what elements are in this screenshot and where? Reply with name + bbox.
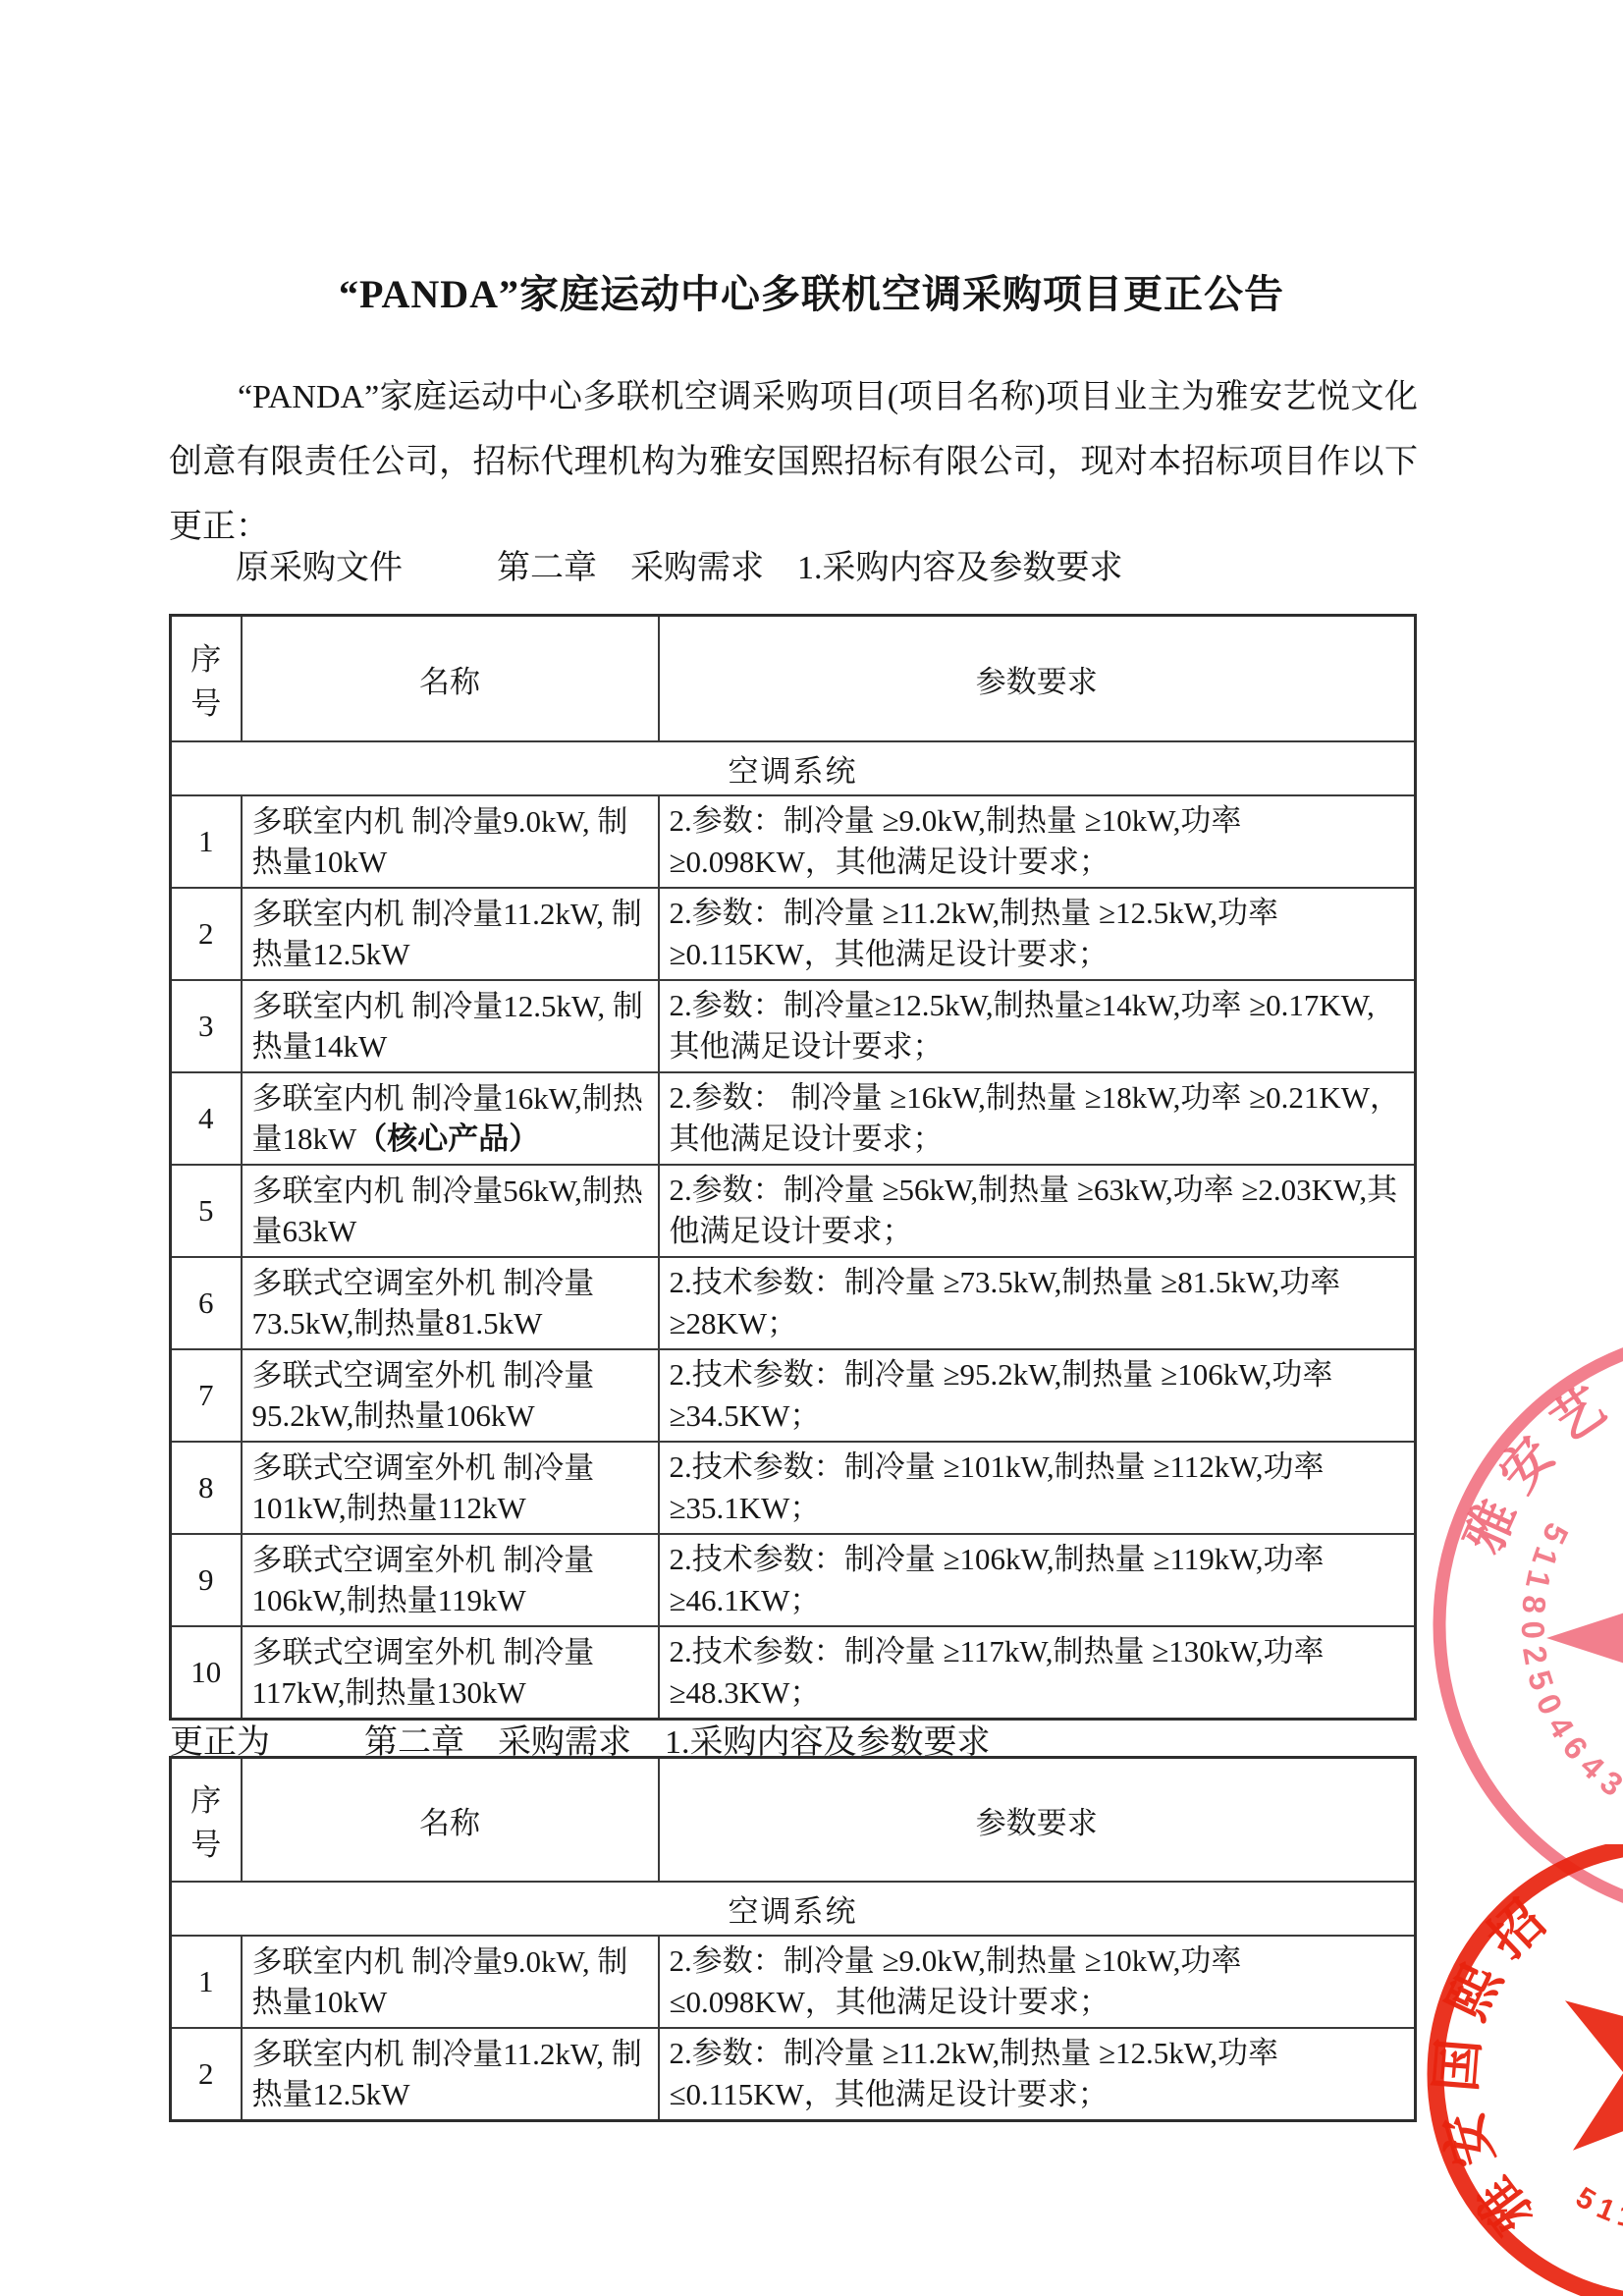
- caption-part: 第二章: [497, 550, 597, 586]
- intro-paragraph: “PANDA”家庭运动中心多联机空调采购项目(项目名称)项目业主为雅安艺悦文化创…: [169, 365, 1418, 560]
- seal-ring: [1439, 1334, 1623, 1917]
- section-label: 空调系统: [171, 1882, 1416, 1936]
- corrected-requirements-table: 序号 名称 参数要求 空调系统 1多联室内机 制冷量9.0kW, 制热量10kW…: [169, 1756, 1417, 2122]
- page-title: “PANDA”家庭运动中心多联机空调采购项目更正公告: [0, 263, 1623, 319]
- table-row: 10多联式空调室外机 制冷量117kW,制热量130kW2.技术参数：制冷量 ≥…: [171, 1626, 1416, 1720]
- col-header-params: 参数要求: [659, 616, 1416, 742]
- table-row: 2多联室内机 制冷量11.2kW, 制热量12.5kW2.参数：制冷量 ≥11.…: [171, 2028, 1416, 2121]
- caption-part: 1.采购内容及参数要求: [797, 550, 1123, 586]
- row-number: 4: [171, 1072, 242, 1165]
- agency-company-seal: 雅安国熙招 51182: [1394, 1844, 1623, 2296]
- item-name: 多联室内机 制冷量16kW,制热量18kW（核心产品）: [242, 1072, 659, 1165]
- item-params: 2.参数：制冷量 ≥9.0kW,制热量 ≥10kW,功率 ≥0.098KW，其他…: [659, 795, 1416, 888]
- item-name: 多联室内机 制冷量9.0kW, 制热量10kW: [242, 1936, 659, 2028]
- row-number: 2: [171, 888, 242, 980]
- seal-arc-text: 雅安国熙招: [1427, 1880, 1567, 2244]
- col-header-no: 序号: [171, 616, 242, 742]
- item-name: 多联室内机 制冷量9.0kW, 制热量10kW: [242, 795, 659, 888]
- item-params: 2.参数： 制冷量 ≥16kW,制热量 ≥18kW,功率 ≥0.21KW，其他满…: [659, 1072, 1416, 1165]
- col-header-name: 名称: [242, 1758, 659, 1883]
- seal-code-text: 5118025046437: [1515, 1517, 1623, 1822]
- item-name: 多联式空调室外机 制冷量95.2kW,制热量106kW: [242, 1349, 659, 1442]
- col-header-no: 序号: [171, 1758, 242, 1883]
- caption-part: 采购需求: [630, 550, 764, 586]
- item-name: 多联室内机 制冷量11.2kW, 制热量12.5kW: [242, 2028, 659, 2121]
- seal-ring: [1435, 1845, 1623, 2296]
- section-label: 空调系统: [171, 741, 1416, 795]
- table-row: 7多联式空调室外机 制冷量95.2kW,制热量106kW2.技术参数：制冷量 ≥…: [171, 1349, 1416, 1442]
- header-row: 序号 名称 参数要求: [171, 616, 1416, 742]
- row-number: 1: [171, 1936, 242, 2028]
- item-name: 多联式空调室外机 制冷量101kW,制热量112kW: [242, 1442, 659, 1534]
- item-name: 多联室内机 制冷量11.2kW, 制热量12.5kW: [242, 888, 659, 980]
- item-params: 2.参数：制冷量 ≥11.2kW,制热量 ≥12.5kW,功率 ≤0.115KW…: [659, 2028, 1416, 2121]
- row-number: 8: [171, 1442, 242, 1534]
- seal-arc-text: 雅安艺: [1455, 1369, 1623, 1561]
- table-row: 5多联室内机 制冷量56kW,制热量63kW2.参数：制冷量 ≥56kW,制热量…: [171, 1165, 1416, 1257]
- item-params: 2.参数：制冷量 ≥11.2kW,制热量 ≥12.5kW,功率 ≥0.115KW…: [659, 888, 1416, 980]
- row-number: 7: [171, 1349, 242, 1442]
- row-number: 3: [171, 980, 242, 1072]
- row-number: 1: [171, 795, 242, 888]
- table-row: 3多联室内机 制冷量12.5kW, 制热量14kW2.参数：制冷量≥12.5kW…: [171, 980, 1416, 1072]
- item-name: 多联式空调室外机 制冷量117kW,制热量130kW: [242, 1626, 659, 1720]
- caption-part: 原采购文件: [236, 550, 403, 586]
- core-product-label: （核心产品）: [356, 1121, 539, 1156]
- original-requirements-table: 序号 名称 参数要求 空调系统 1多联室内机 制冷量9.0kW, 制热量10kW…: [169, 614, 1417, 1721]
- section-row: 空调系统: [171, 741, 1416, 795]
- item-params: 2.技术参数：制冷量 ≥101kW,制热量 ≥112kW,功率 ≥35.1KW；: [659, 1442, 1416, 1534]
- item-name: 多联室内机 制冷量12.5kW, 制热量14kW: [242, 980, 659, 1072]
- table-row: 1多联室内机 制冷量9.0kW, 制热量10kW2.参数：制冷量 ≥9.0kW,…: [171, 795, 1416, 888]
- col-header-params: 参数要求: [659, 1758, 1416, 1883]
- item-params: 2.参数：制冷量 ≥56kW,制热量 ≥63kW,功率 ≥2.03KW,其他满足…: [659, 1165, 1416, 1257]
- row-number: 2: [171, 2028, 242, 2121]
- table-row: 4多联室内机 制冷量16kW,制热量18kW（核心产品）2.参数： 制冷量 ≥1…: [171, 1072, 1416, 1165]
- table-row: 1多联室内机 制冷量9.0kW, 制热量10kW2.参数：制冷量 ≥9.0kW,…: [171, 1936, 1416, 2028]
- row-number: 5: [171, 1165, 242, 1257]
- table-row: 6多联式空调室外机 制冷量73.5kW,制热量81.5kW2.技术参数：制冷量 …: [171, 1257, 1416, 1349]
- row-number: 6: [171, 1257, 242, 1349]
- seal-star-icon: [1528, 1915, 1623, 2201]
- item-params: 2.技术参数：制冷量 ≥106kW,制热量 ≥119kW,功率 ≥46.1KW；: [659, 1534, 1416, 1626]
- row-number: 9: [171, 1534, 242, 1626]
- table-row: 9多联式空调室外机 制冷量106kW,制热量119kW2.技术参数：制冷量 ≥1…: [171, 1534, 1416, 1626]
- seal-code-text: 51182: [1570, 2181, 1623, 2238]
- item-params: 2.技术参数：制冷量 ≥73.5kW,制热量 ≥81.5kW,功率 ≥28KW；: [659, 1257, 1416, 1349]
- table-row: 8多联式空调室外机 制冷量101kW,制热量112kW2.技术参数：制冷量 ≥1…: [171, 1442, 1416, 1534]
- seal-star-icon: [1520, 1485, 1623, 1769]
- item-name: 多联室内机 制冷量56kW,制热量63kW: [242, 1165, 659, 1257]
- item-params: 2.技术参数：制冷量 ≥117kW,制热量 ≥130kW,功率 ≥48.3KW；: [659, 1626, 1416, 1720]
- section-row: 空调系统: [171, 1882, 1416, 1936]
- table-row: 2多联室内机 制冷量11.2kW, 制热量12.5kW2.参数：制冷量 ≥11.…: [171, 888, 1416, 980]
- item-params: 2.参数：制冷量 ≥9.0kW,制热量 ≥10kW,功率 ≤0.098KW，其他…: [659, 1936, 1416, 2028]
- item-params: 2.参数：制冷量≥12.5kW,制热量≥14kW,功率 ≥0.17KW,其他满足…: [659, 980, 1416, 1072]
- row-number: 10: [171, 1626, 242, 1720]
- document-page: “PANDA”家庭运动中心多联机空调采购项目更正公告 “PANDA”家庭运动中心…: [0, 0, 1623, 2296]
- item-name: 多联式空调室外机 制冷量73.5kW,制热量81.5kW: [242, 1257, 659, 1349]
- item-name: 多联式空调室外机 制冷量106kW,制热量119kW: [242, 1534, 659, 1626]
- original-file-caption: 原采购文件第二章采购需求1.采购内容及参数要求: [236, 540, 1157, 588]
- item-params: 2.技术参数：制冷量 ≥95.2kW,制热量 ≥106kW,功率 ≥34.5KW…: [659, 1349, 1416, 1442]
- header-row: 序号 名称 参数要求: [171, 1758, 1416, 1883]
- col-header-name: 名称: [242, 616, 659, 742]
